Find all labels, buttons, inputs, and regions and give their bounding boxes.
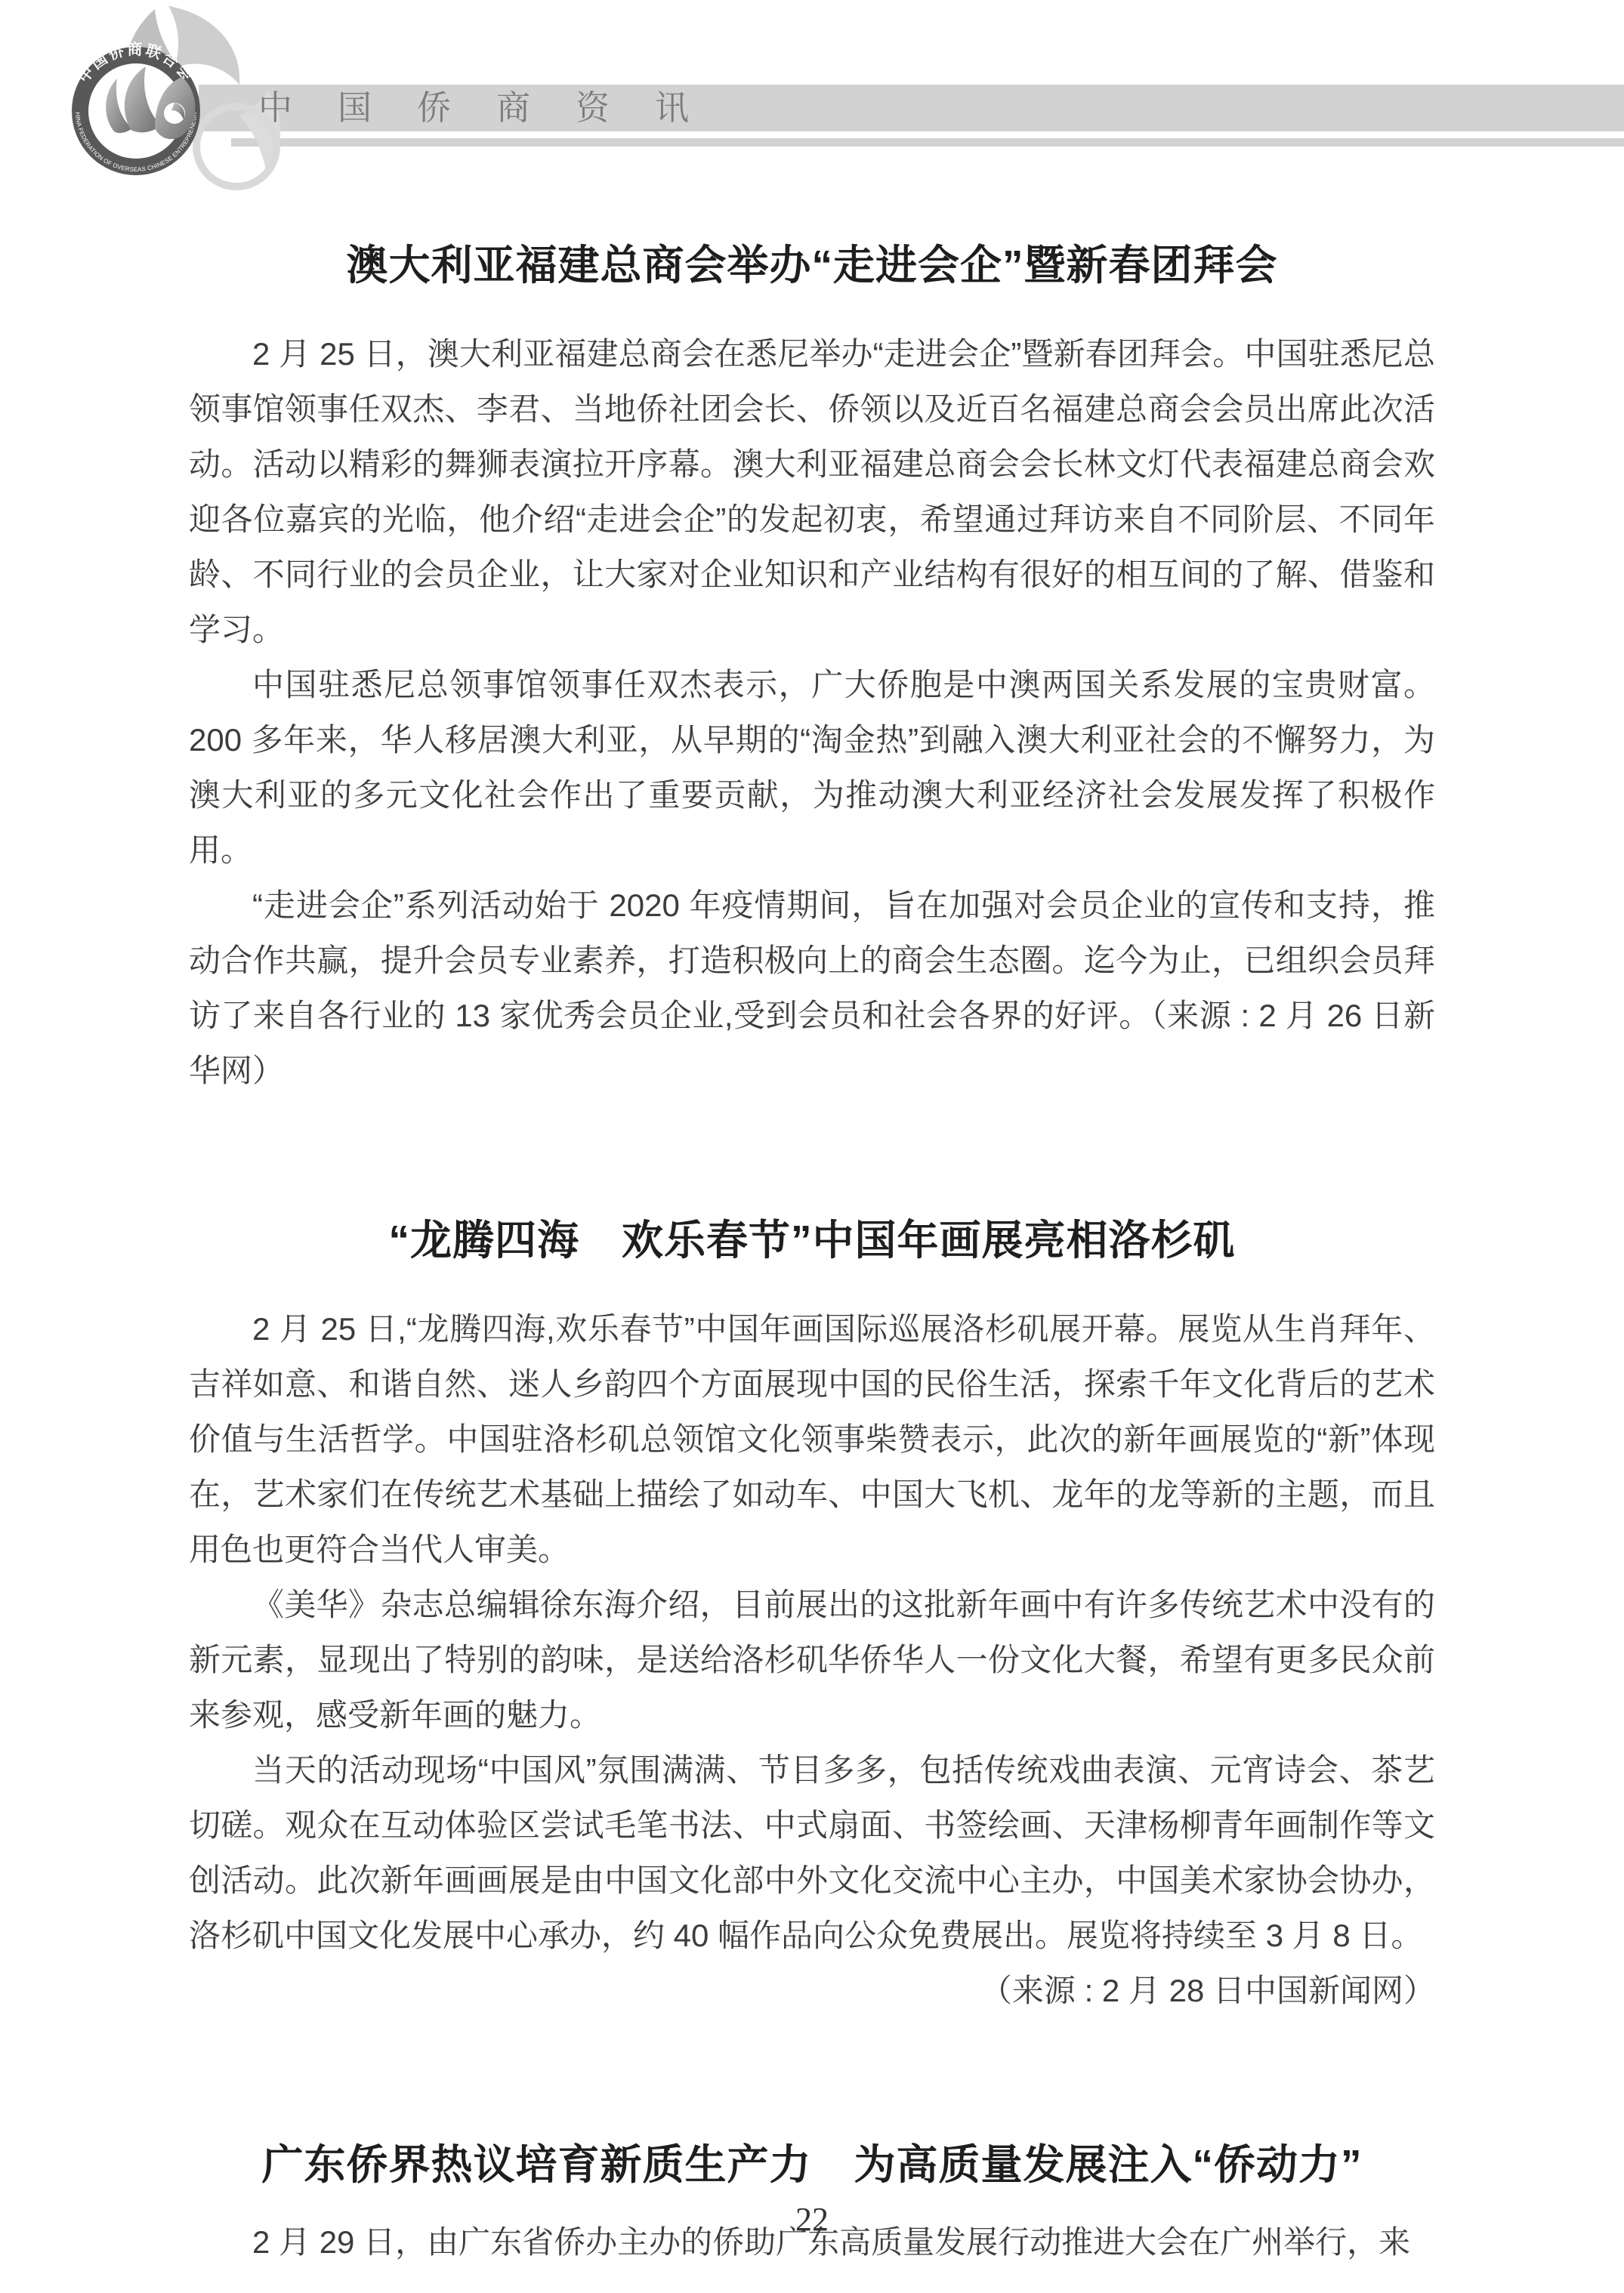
article-title: “龙腾四海 欢乐春节”中国年画展亮相洛杉矶 bbox=[189, 1213, 1435, 1267]
article-paragraph: 当天的活动现场“中国风”氛围满满、节目多多，包括传统戏曲表演、元宵诗会、茶艺切磋… bbox=[189, 1742, 1435, 1963]
article-paragraph: 2 月 25 日，澳大利亚福建总商会在悉尼举办“走进会企”暨新春团拜会。中国驻悉… bbox=[189, 326, 1435, 657]
article-paragraph: 《美华》杂志总编辑徐东海介绍，目前展出的这批新年画中有许多传统艺术中没有的新元素… bbox=[189, 1577, 1435, 1742]
article-title: 澳大利亚福建总商会举办“走进会企”暨新春团拜会 bbox=[189, 238, 1435, 292]
page-footer: 22 bbox=[0, 2200, 1624, 2239]
page: 中国侨商联合会 CHINA FEDERATION OF OVERSEAS CHI… bbox=[0, 0, 1624, 2293]
header-band-thin bbox=[231, 138, 1624, 147]
banner-title: 中国侨商资讯 bbox=[258, 91, 734, 125]
article-title: 广东侨界热议培育新质生产力 为高质量发展注入“侨动力” bbox=[189, 2137, 1435, 2192]
page-number: 22 bbox=[795, 2201, 829, 2238]
article-paragraph: 2 月 25 日,“龙腾四海,欢乐春节”中国年画国际巡展洛杉矶展开幕。展览从生肖… bbox=[189, 1301, 1435, 1577]
page-header: 中国侨商联合会 CHINA FEDERATION OF OVERSEAS CHI… bbox=[0, 0, 1624, 219]
article-1: 澳大利亚福建总商会举办“走进会企”暨新春团拜会 2 月 25 日，澳大利亚福建总… bbox=[189, 238, 1435, 1098]
article-paragraph: “走进会企”系列活动始于 2020 年疫情期间，旨在加强对会员企业的宣传和支持，… bbox=[189, 878, 1435, 1098]
article-paragraph: 中国驻悉尼总领事馆领事任双杰表示，广大侨胞是中澳两国关系发展的宝贵财富。200 … bbox=[189, 657, 1435, 878]
content: 澳大利亚福建总商会举办“走进会企”暨新春团拜会 2 月 25 日，澳大利亚福建总… bbox=[189, 219, 1435, 2270]
article-2: “龙腾四海 欢乐春节”中国年画展亮相洛杉矶 2 月 25 日,“龙腾四海,欢乐春… bbox=[189, 1213, 1435, 2018]
article-source: （来源 : 2 月 28 日中国新闻网） bbox=[189, 1963, 1435, 2018]
